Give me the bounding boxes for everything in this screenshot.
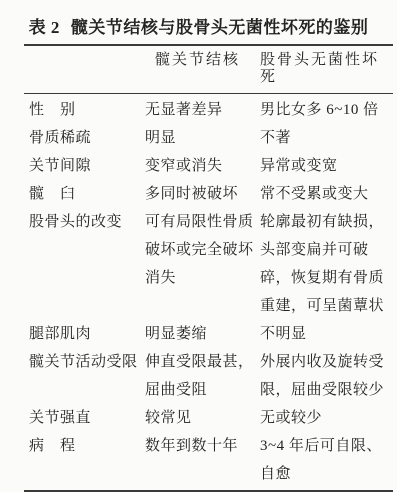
row-tuberculosis-value: 数年到数十年 (145, 432, 260, 460)
table-header-row: 髋关节结核 股骨头无菌性坏死 (24, 46, 393, 94)
table-row: 关节强直 较常见 无或较少 (24, 404, 393, 432)
table-row: 髋 臼 多同时被破坏 常不受累或变大 (24, 180, 393, 208)
row-necrosis-value: 无或较少 (260, 404, 393, 432)
row-tuberculosis-value: 明显萎缩 (145, 320, 260, 348)
row-necrosis-value: 外展内收及旋转受限，屈曲受限较少 (260, 348, 393, 404)
row-item-label: 髋关节活动受限 (24, 348, 145, 376)
row-necrosis-value: 不著 (260, 124, 393, 152)
table-caption-title: 髋关节结核与股骨头无菌性坏死的鉴别 (71, 18, 369, 37)
row-item-label: 关节间隙 (24, 152, 145, 180)
table-caption: 表 2髋关节结核与股骨头无菌性坏死的鉴别 (0, 17, 397, 39)
row-tuberculosis-value: 可有局限性骨质破坏或完全破坏消失 (145, 208, 260, 292)
row-tuberculosis-value: 明显 (145, 124, 260, 152)
table-row: 髋关节活动受限 伸直受限最甚，屈曲受阻 外展内收及旋转受限，屈曲受限较少 (24, 348, 393, 404)
table-body: 性 别 无显著差异 男比女多 6~10 倍 骨质稀疏 明显 不著 关节间隙 变窄… (24, 94, 393, 490)
row-tuberculosis-value: 较常见 (145, 404, 260, 432)
row-item-label: 性 别 (24, 96, 145, 124)
row-tuberculosis-value: 无显著差异 (145, 96, 260, 124)
header-cell-necrosis: 股骨头无菌性坏死 (260, 52, 393, 86)
row-necrosis-value: 常不受累或变大 (260, 180, 393, 208)
row-item-label: 骨质稀疏 (24, 124, 145, 152)
row-item-label: 病 程 (24, 432, 145, 460)
comparison-table: 髋关节结核 股骨头无菌性坏死 性 别 无显著差异 男比女多 6~10 倍 骨质稀… (24, 44, 393, 492)
row-necrosis-value: 异常或变宽 (260, 152, 393, 180)
table-row: 病 程 数年到数十年 3~4 年后可自限、自愈 (24, 432, 393, 488)
row-item-label: 股骨头的改变 (24, 208, 145, 236)
row-tuberculosis-value: 多同时被破坏 (145, 180, 260, 208)
table-row: 关节间隙 变窄或消失 异常或变宽 (24, 152, 393, 180)
table-row: 骨质稀疏 明显 不著 (24, 124, 393, 152)
table-caption-label: 表 2 (29, 18, 60, 37)
row-necrosis-value: 不明显 (260, 320, 393, 348)
row-necrosis-value: 3~4 年后可自限、自愈 (260, 432, 393, 488)
row-tuberculosis-value: 伸直受限最甚，屈曲受阻 (145, 348, 260, 404)
table-row: 股骨头的改变 可有局限性骨质破坏或完全破坏消失 轮廓最初有缺损，头部变扁并可破碎… (24, 208, 393, 320)
row-tuberculosis-value: 变窄或消失 (145, 152, 260, 180)
scanned-document-page: 表 2髋关节结核与股骨头无菌性坏死的鉴别 髋关节结核 股骨头无菌性坏死 性 别 … (0, 0, 397, 492)
row-necrosis-value: 轮廓最初有缺损，头部变扁并可破碎，恢复期有骨质重建，可呈菌蕈状 (260, 208, 393, 320)
row-item-label: 关节强直 (24, 404, 145, 432)
row-item-label: 腿部肌肉 (24, 320, 145, 348)
table-row: 性 别 无显著差异 男比女多 6~10 倍 (24, 96, 393, 124)
row-item-label: 髋 臼 (24, 180, 145, 208)
header-cell-tuberculosis: 髋关节结核 (145, 52, 260, 69)
row-necrosis-value: 男比女多 6~10 倍 (260, 96, 393, 124)
table-row: 腿部肌肉 明显萎缩 不明显 (24, 320, 393, 348)
